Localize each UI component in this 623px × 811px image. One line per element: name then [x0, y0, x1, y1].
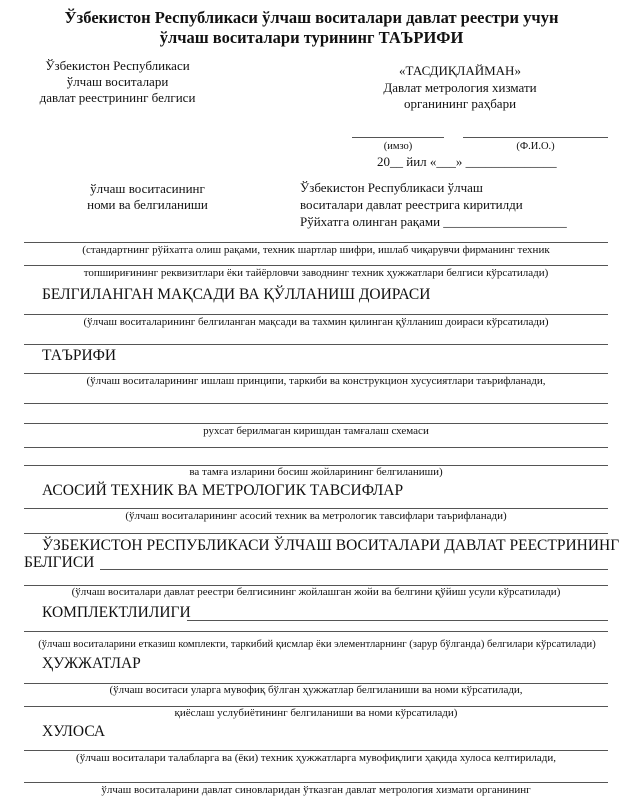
fill-line[interactable] — [24, 344, 608, 345]
fill-line[interactable] — [24, 508, 608, 509]
fill-line[interactable] — [24, 403, 608, 404]
hint-conclusion-2: ўлчаш воситаларини давлат синовларидан ў… — [24, 784, 608, 796]
hint-conclusion-1: (ўлчаш воситалари талабларга ва (ёки) те… — [24, 752, 608, 764]
date-line[interactable]: 20__ йил «___» ______________ — [377, 154, 557, 170]
section-heading-conclusion: ХУЛОСА — [42, 723, 105, 741]
instrument-name-label-1: ўлчаш воситасининг — [60, 181, 235, 197]
approval-authority: Давлат метрология хизмати — [360, 80, 560, 96]
registration-number-field[interactable]: Рўйхатга олинган рақами ________________… — [300, 214, 567, 230]
hint-standard-1: (стандартнинг рўйхатга олиш рақами, техн… — [24, 244, 608, 256]
fill-line[interactable] — [24, 447, 608, 448]
hint-registry-mark: (ўлчаш воситалари давлат реестри белгиси… — [24, 586, 608, 598]
hint-documents-2: қиёслаш услубиётининг белгиланиши ва ном… — [24, 707, 608, 719]
hint-standard-2: топшириғининг реквизитлари ёки тайёрловч… — [24, 267, 608, 279]
hint-specs: (ўлчаш воситаларининг асосий техник ва м… — [24, 510, 608, 522]
signature-line[interactable] — [352, 137, 444, 138]
hint-description-1: (ўлчаш воситаларининг ишлаш принципи, та… — [24, 375, 608, 387]
instrument-name-label-2: номи ва белгиланиши — [60, 197, 235, 213]
fill-line[interactable] — [24, 265, 608, 266]
section-heading-documents: ҲУЖЖАТЛАР — [42, 655, 141, 673]
section-heading-purpose: БЕЛГИЛАНГАН МАҚСАДИ ВА ҚЎЛЛАНИШ ДОИРАСИ — [42, 286, 430, 304]
section-heading-specs: АСОСИЙ ТЕХНИК ВА МЕТРОЛОГИК ТАВСИФЛАР — [42, 482, 403, 500]
section-heading-registry-mark-2: БЕЛГИСИ — [24, 554, 94, 572]
signature-label: (имзо) — [352, 141, 444, 152]
fill-line[interactable] — [24, 423, 608, 424]
fill-line[interactable] — [24, 373, 608, 374]
section-heading-registry-mark: ЎЗБЕКИСТОН РЕСПУБЛИКАСИ ЎЛЧАШ ВОСИТАЛАРИ… — [42, 537, 619, 555]
fill-line[interactable] — [24, 782, 608, 783]
registry-sign-line-3: давлат реестрининг белгиси — [30, 90, 205, 106]
full-name-label: (Ф.И.О.) — [463, 141, 608, 152]
hint-documents-1: (ўлчаш воситаси уларга мувофиқ бўлган ҳу… — [24, 684, 608, 696]
fill-line[interactable] — [24, 750, 608, 751]
completeness-field[interactable] — [187, 620, 608, 621]
registry-mark-field[interactable] — [100, 569, 608, 570]
registry-sign-line-2: ўлчаш воситалари — [30, 74, 205, 90]
fill-line[interactable] — [24, 314, 608, 315]
fill-line[interactable] — [24, 631, 608, 632]
section-heading-completeness: КОМПЛЕКТЛИЛИГИ — [42, 604, 191, 622]
registry-entry-line-1: Ўзбекистон Республикаси ўлчаш — [300, 180, 483, 196]
section-heading-description: ТАЪРИФИ — [42, 347, 116, 365]
fill-line[interactable] — [24, 242, 608, 243]
registry-sign-line-1: Ўзбекистон Республикаси — [30, 58, 205, 74]
hint-description-2: рухсат берилмаган киришдан тамғалаш схем… — [24, 425, 608, 437]
approval-stamp: «ТАСДИҚЛАЙМАН» — [360, 63, 560, 79]
approval-head: органининг раҳбари — [360, 96, 560, 112]
hint-completeness: (ўлчаш воситаларини етказиш комплекти, т… — [22, 639, 612, 650]
fill-line[interactable] — [24, 533, 608, 534]
document-title-line-2: ўлчаш воситалари турининг ТАЪРИФИ — [0, 28, 623, 48]
registry-entry-line-2: воситалари давлат реестрига киритилди — [300, 197, 523, 213]
document-title-line-1: Ўзбекистон Республикаси ўлчаш воситалари… — [0, 8, 623, 28]
full-name-line[interactable] — [463, 137, 608, 138]
hint-purpose: (ўлчаш воситаларининг белгиланган мақсад… — [24, 316, 608, 328]
hint-description-3: ва тамға изларини босиш жойларининг белг… — [24, 466, 608, 478]
